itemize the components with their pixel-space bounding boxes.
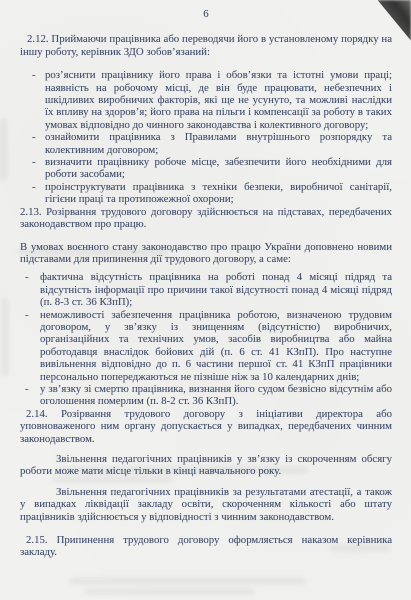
list-item: - фактична відсутність працівника на роб…	[20, 271, 392, 308]
list-item: - у зв’язку зі смертю працівника, визнан…	[20, 383, 392, 408]
para-dismissal-attestation: Звільнення педагогічних працівників за р…	[20, 486, 392, 523]
list-item-text: визначити працівнику робоче місце, забез…	[45, 156, 392, 181]
list-item: - визначити працівнику робоче місце, заб…	[20, 156, 392, 181]
list-item: - неможливості забезпечення працівника р…	[20, 309, 392, 383]
clause-2-13: 2.13. Розірвання трудового договору здій…	[20, 206, 392, 231]
dash-marker: -	[23, 309, 40, 321]
list-item: - роз’яснити працівнику його права і обо…	[20, 69, 392, 131]
dash-marker: -	[30, 181, 45, 193]
employer-obligations-list: - роз’яснити працівнику його права і обо…	[20, 69, 392, 205]
page-number: 6	[20, 8, 392, 20]
dash-marker: -	[23, 383, 40, 395]
termination-grounds-list: - фактична відсутність працівника на роб…	[20, 271, 392, 407]
clause-2-12: 2.12. Приймаючи працівника або переводяч…	[20, 33, 392, 58]
list-item-text: фактична відсутність працівника на робот…	[40, 271, 392, 308]
bleed-through-mark	[84, 589, 254, 594]
dash-marker: -	[30, 156, 45, 168]
dash-marker: -	[23, 271, 40, 283]
page-body: 6 2.12. Приймаючи працівника або перевод…	[20, 8, 392, 559]
dash-marker: -	[30, 131, 45, 143]
list-item-text: роз’яснити працівнику його права і обов’…	[45, 69, 392, 131]
list-item-text: неможливості забезпечення працівника роб…	[40, 309, 392, 383]
bleed-through-mark	[70, 578, 305, 584]
list-item-text: у зв’язку зі смертю працівника, визнання…	[40, 383, 392, 408]
clause-2-14: 2.14. Розірвання трудового договору з ін…	[20, 408, 392, 445]
bleed-through-mark	[0, 118, 7, 180]
list-item-text: ознайомити працівника з Правилами внутрі…	[45, 131, 392, 156]
list-item: - ознайомити працівника з Правилами внут…	[20, 131, 392, 156]
list-item-text: проінструктувати працівника з техніки бе…	[45, 181, 392, 206]
bleed-through-mark	[2, 298, 8, 376]
martial-law-intro: В умовах воєнного стану законодавство пр…	[20, 241, 392, 266]
clause-2-15: 2.15. Припинення трудового договору офор…	[20, 534, 392, 559]
dash-marker: -	[30, 69, 45, 81]
scanned-document-page: 6 2.12. Приймаючи працівника або перевод…	[0, 0, 411, 600]
list-item: - проінструктувати працівника з техніки …	[20, 181, 392, 206]
para-dismissal-workload: Звільнення педагогічних працівників у зв…	[20, 453, 392, 478]
